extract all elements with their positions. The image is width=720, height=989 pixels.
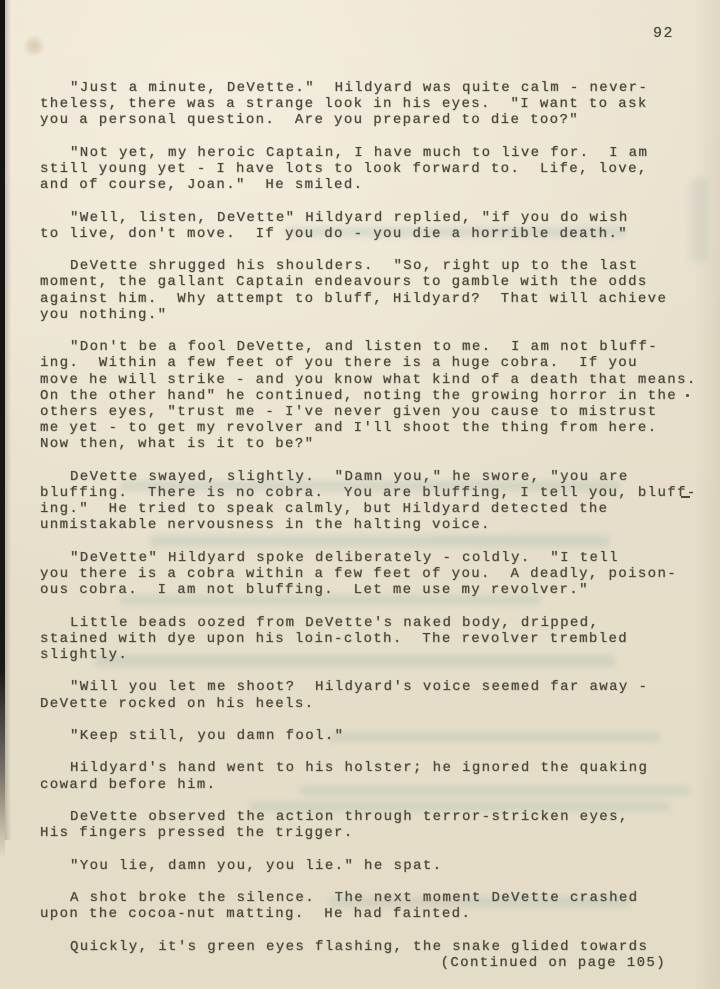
paragraph: "Just a minute, DeVette." Hildyard was q… — [40, 80, 696, 129]
paragraph: Quickly, it's green eyes flashing, the s… — [40, 939, 696, 955]
paragraph: "Keep still, you damn fool." — [40, 728, 696, 744]
paragraph: "Will you let me shoot? Hildyard's voice… — [40, 679, 696, 711]
paragraph: "DeVette" Hildyard spoke deliberately - … — [40, 550, 696, 599]
paragraph: "Well, listen, DeVette" Hildyard replied… — [40, 210, 696, 242]
paragraph: DeVette observed the action through terr… — [40, 809, 696, 841]
paragraph: DeVette shrugged his shoulders. "So, rig… — [40, 258, 696, 323]
paragraph: Little beads oozed from DeVette's naked … — [40, 615, 696, 664]
continued-note: (Continued on page 105) — [40, 955, 696, 971]
paragraph: "Not yet, my heroic Captain, I have much… — [40, 145, 696, 194]
paragraph: Hildyard's hand went to his holster; he … — [40, 760, 696, 792]
paragraph: "You lie, damn you, you lie." he spat. — [40, 858, 696, 874]
document-page: 92 "Just a minute, DeVette." Hildyard wa… — [0, 0, 720, 989]
paragraph: "Don't be a fool DeVette, and listen to … — [40, 339, 696, 452]
paragraph: A shot broke the silence. The next momen… — [40, 890, 696, 922]
page-body: "Just a minute, DeVette." Hildyard was q… — [0, 0, 720, 971]
paragraph: DeVette swayed, slightly. "Damn you," he… — [40, 469, 696, 534]
